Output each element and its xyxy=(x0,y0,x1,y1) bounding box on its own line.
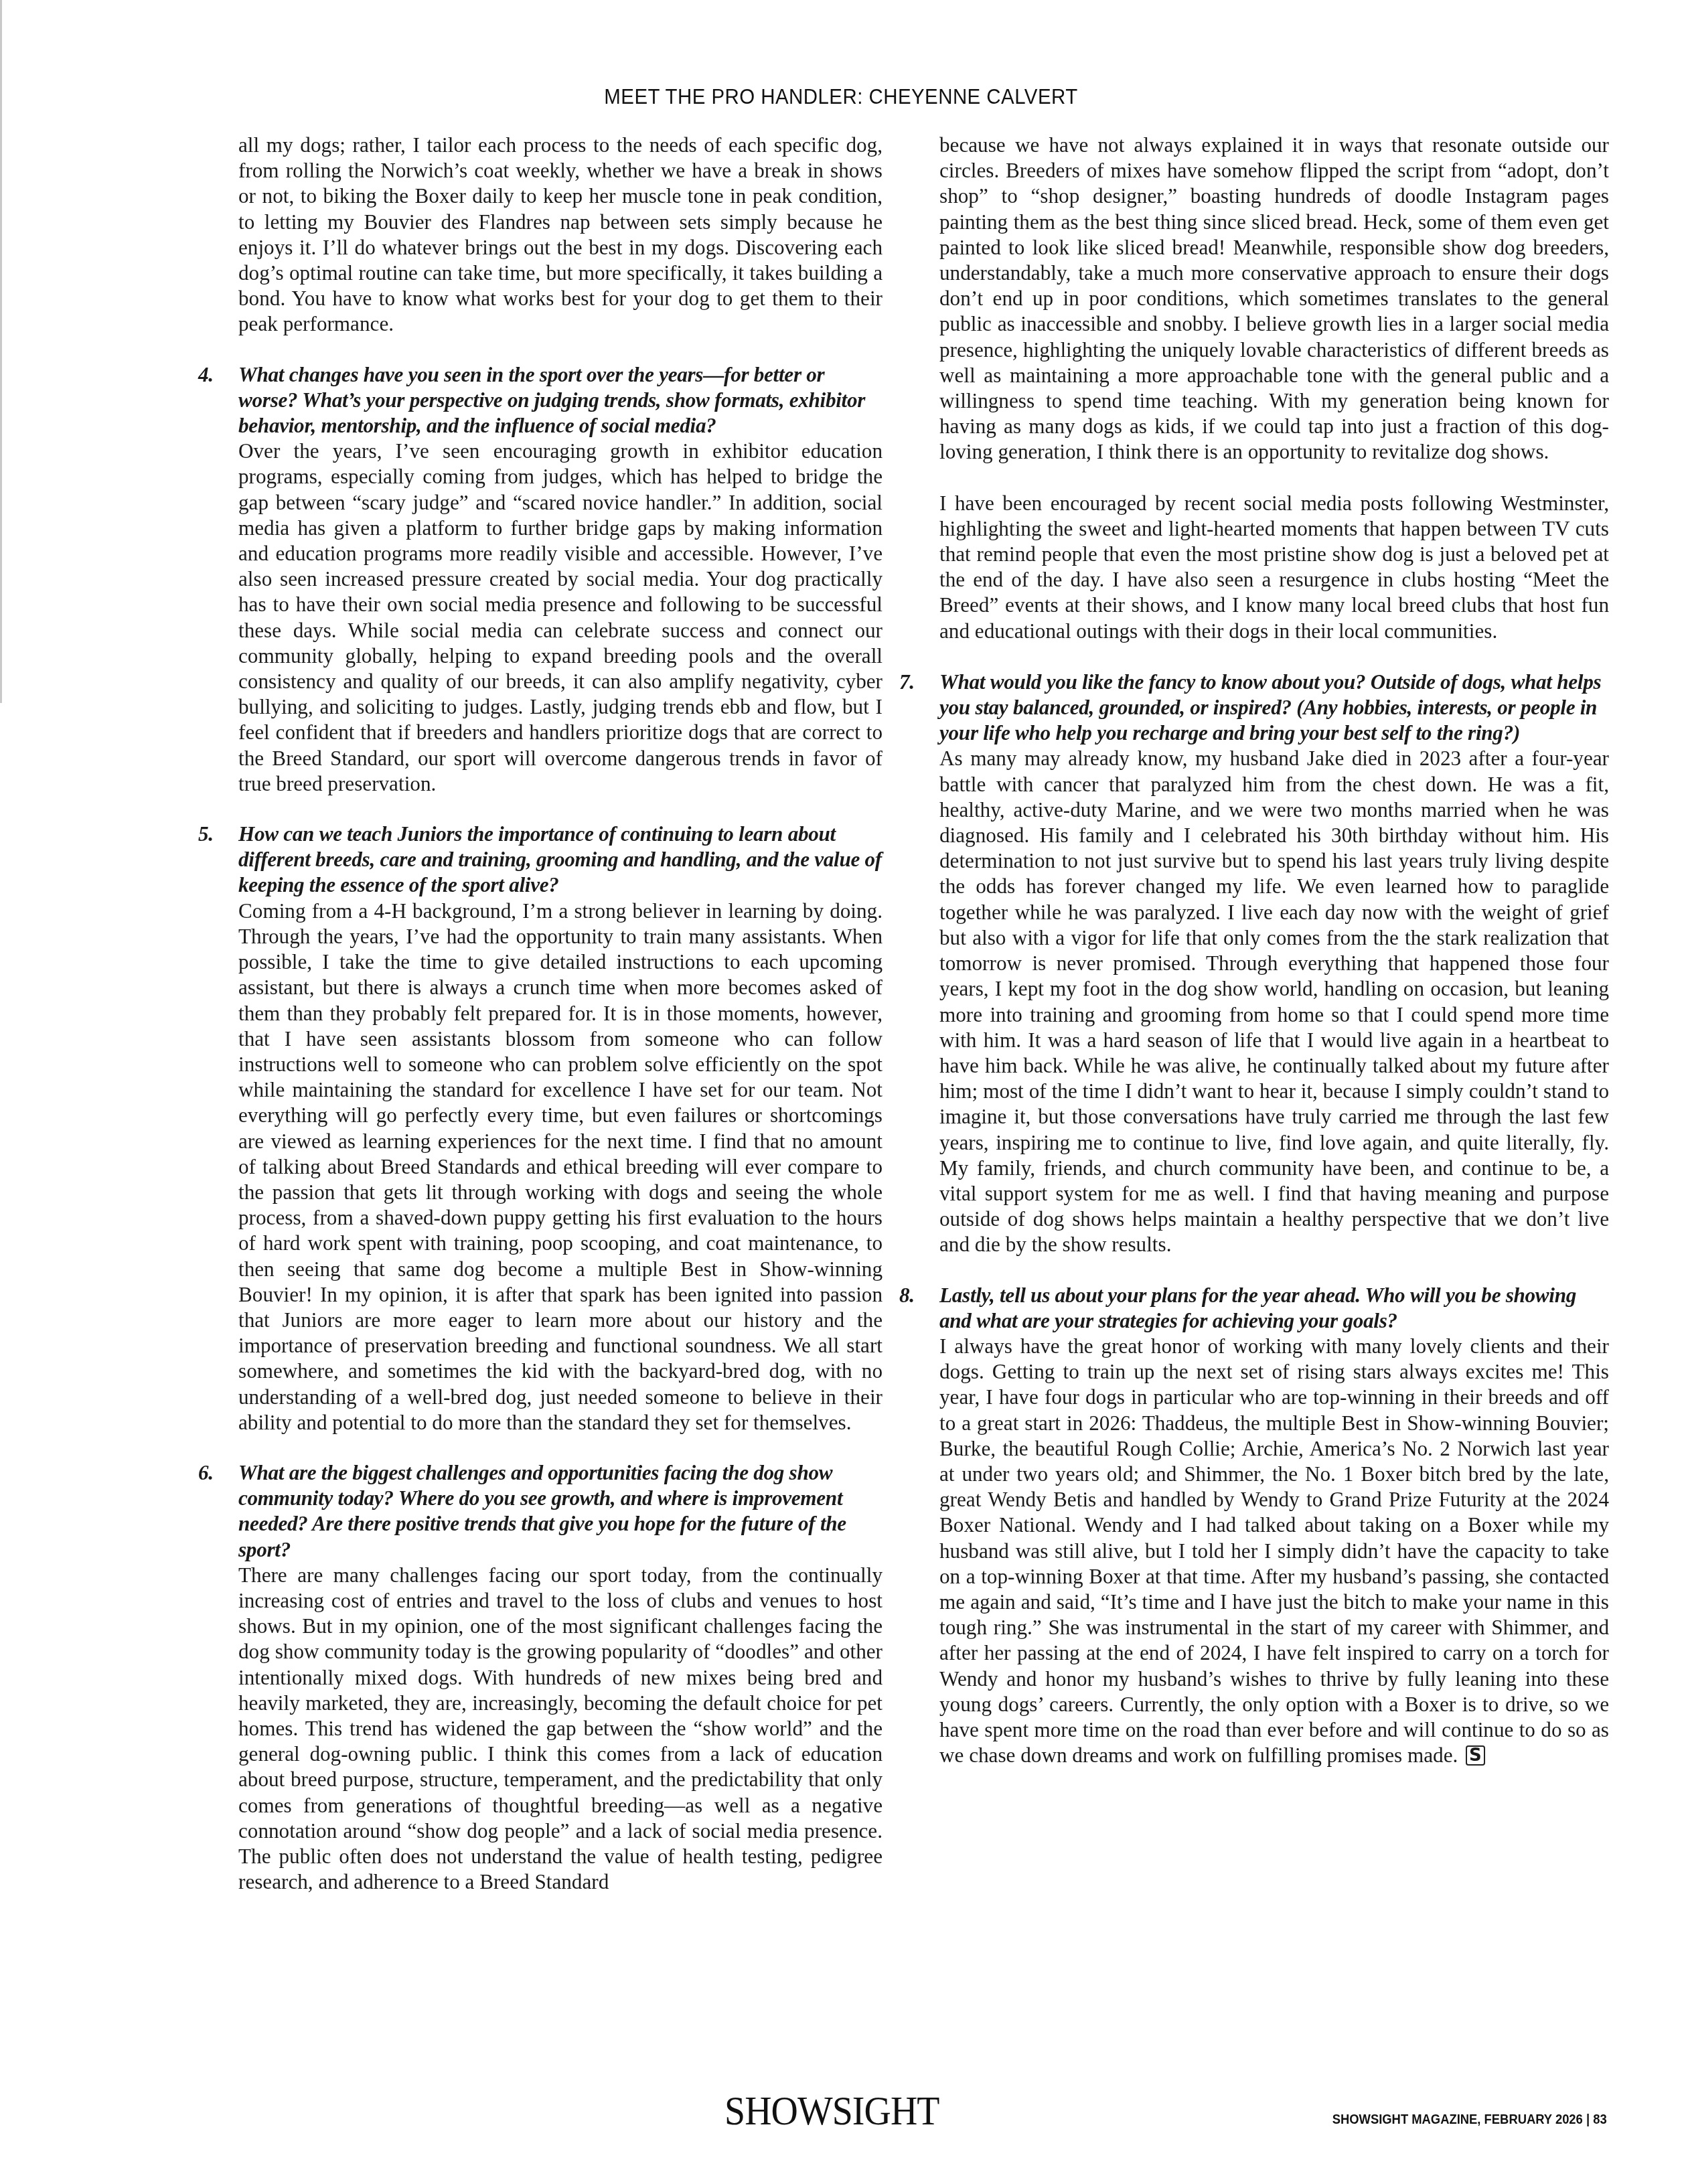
intro-continuation: all my dogs; rather, I tailor each proce… xyxy=(213,133,883,337)
answer-4: Over the years, I’ve seen encouraging gr… xyxy=(238,439,883,797)
showsight-logo: SHOWSIGHT xyxy=(724,2088,939,2135)
answer-6: There are many challenges facing our spo… xyxy=(238,1563,883,1895)
body-paragraph: all my dogs; rather, I tailor each proce… xyxy=(238,133,883,337)
question-7: 7. What would you like the fancy to know… xyxy=(914,670,1609,747)
question-number: 4. xyxy=(198,362,214,388)
question-8: 8. Lastly, tell us about your plans for … xyxy=(914,1283,1609,1334)
showsight-end-mark-icon: S xyxy=(1466,1745,1485,1766)
question-text: What are the biggest challenges and oppo… xyxy=(238,1461,846,1561)
answer-5: Coming from a 4-H background, I’m a stro… xyxy=(238,899,883,1435)
question-4-block: 4. What changes have you seen in the spo… xyxy=(213,362,883,797)
answer-7: As many may already know, my husband Jak… xyxy=(939,746,1609,1257)
answer-text: I always have the great honor of working… xyxy=(939,1334,1609,1767)
answer-8: I always have the great honor of working… xyxy=(939,1334,1609,1768)
question-text: What changes have you seen in the sport … xyxy=(238,363,865,437)
running-head: MEET THE PRO HANDLER: CHEYENNE CALVERT xyxy=(67,84,1614,109)
question-number: 5. xyxy=(198,822,214,847)
question-7-block: 7. What would you like the fancy to know… xyxy=(914,670,1609,1258)
question-6: 6. What are the biggest challenges and o… xyxy=(213,1460,883,1563)
left-column: all my dogs; rather, I tailor each proce… xyxy=(213,133,883,1920)
right-column: because we have not always explained it … xyxy=(939,133,1609,1793)
question-text: Lastly, tell us about your plans for the… xyxy=(939,1283,1576,1332)
question-text: How can we teach Juniors the importance … xyxy=(238,822,882,896)
answer-6-continuation: because we have not always explained it … xyxy=(939,133,1609,644)
page-folio: SHOWSIGHT MAGAZINE, FEBRUARY 2026 | 83 xyxy=(1332,2112,1607,2128)
page-edge-shadow xyxy=(0,0,2,703)
question-number: 6. xyxy=(198,1460,214,1486)
question-number: 8. xyxy=(899,1283,915,1308)
question-6-block: 6. What are the biggest challenges and o… xyxy=(213,1460,883,1895)
question-8-block: 8. Lastly, tell us about your plans for … xyxy=(914,1283,1609,1769)
question-5-block: 5. How can we teach Juniors the importan… xyxy=(213,822,883,1435)
question-number: 7. xyxy=(899,670,915,695)
question-text: What would you like the fancy to know ab… xyxy=(939,670,1601,745)
question-5: 5. How can we teach Juniors the importan… xyxy=(213,822,883,899)
body-paragraph: I have been encouraged by recent social … xyxy=(939,491,1609,644)
body-paragraph: because we have not always explained it … xyxy=(939,133,1609,465)
question-4: 4. What changes have you seen in the spo… xyxy=(213,362,883,439)
